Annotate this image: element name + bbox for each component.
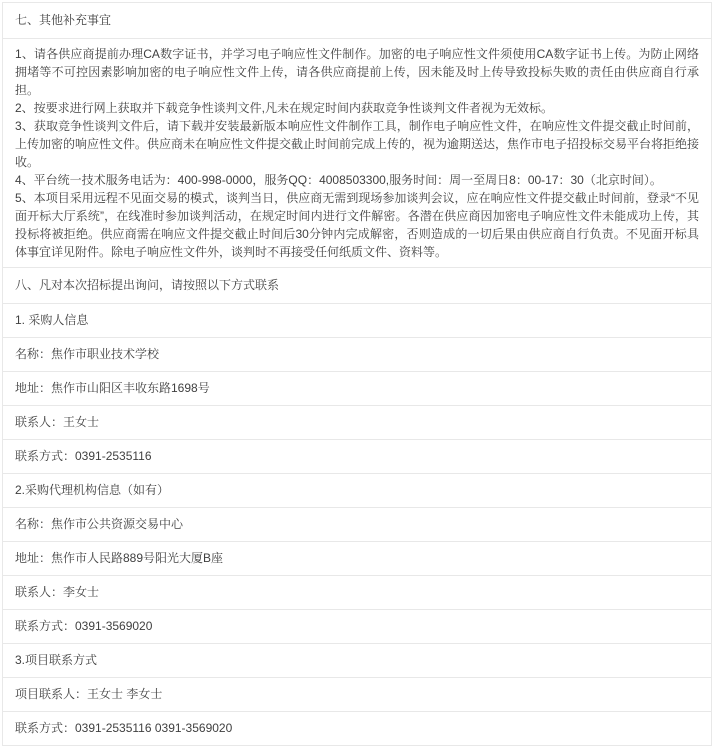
agency-contact-phone: 联系方式：0391-3569020	[3, 609, 711, 643]
purchaser-contact-person: 联系人：王女士	[3, 405, 711, 439]
project-contact-persons: 项目联系人：王女士 李女士	[3, 677, 711, 711]
purchaser-name: 名称：焦作市职业技术学校	[3, 337, 711, 371]
purchaser-address: 地址：焦作市山阳区丰收东路1698号	[3, 371, 711, 405]
notice-paragraph-4: 4、平台统一技术服务电话为：400-998-0000，服务QQ：40085033…	[15, 171, 699, 189]
agency-info-heading: 2.采购代理机构信息（如有）	[3, 473, 711, 507]
notice-paragraph-2: 2、按要求进行网上获取并下载竞争性谈判文件,凡未在规定时间内获取竞争性谈判文件者…	[15, 99, 699, 117]
agency-contact-person: 联系人：李女士	[3, 575, 711, 609]
section7-paragraph-block: 1、请各供应商提前办理CA数字证书，并学习电子响应性文件制作。加密的电子响应性文…	[3, 38, 711, 267]
section7-title: 七、其他补充事宜	[3, 3, 711, 38]
agency-name: 名称：焦作市公共资源交易中心	[3, 507, 711, 541]
purchaser-info-heading: 1. 采购人信息	[3, 303, 711, 337]
supplementary-notice-table: 七、其他补充事宜 1、请各供应商提前办理CA数字证书，并学习电子响应性文件制作。…	[2, 2, 712, 746]
purchaser-contact-phone: 联系方式：0391-2535116	[3, 439, 711, 473]
section8-title: 八、凡对本次招标提出询问，请按照以下方式联系	[3, 267, 711, 303]
notice-paragraph-5: 5、本项目采用远程不见面交易的模式，谈判当日，供应商无需到现场参加谈判会议，应在…	[15, 189, 699, 261]
notice-paragraph-1: 1、请各供应商提前办理CA数字证书，并学习电子响应性文件制作。加密的电子响应性文…	[15, 45, 699, 99]
agency-address: 地址：焦作市人民路889号阳光大厦B座	[3, 541, 711, 575]
project-contact-phones: 联系方式：0391-2535116 0391-3569020	[3, 711, 711, 745]
notice-paragraph-3: 3、获取竞争性谈判文件后，请下载并安装最新版本响应性文件制作工具，制作电子响应性…	[15, 117, 699, 171]
project-contact-heading: 3.项目联系方式	[3, 643, 711, 677]
